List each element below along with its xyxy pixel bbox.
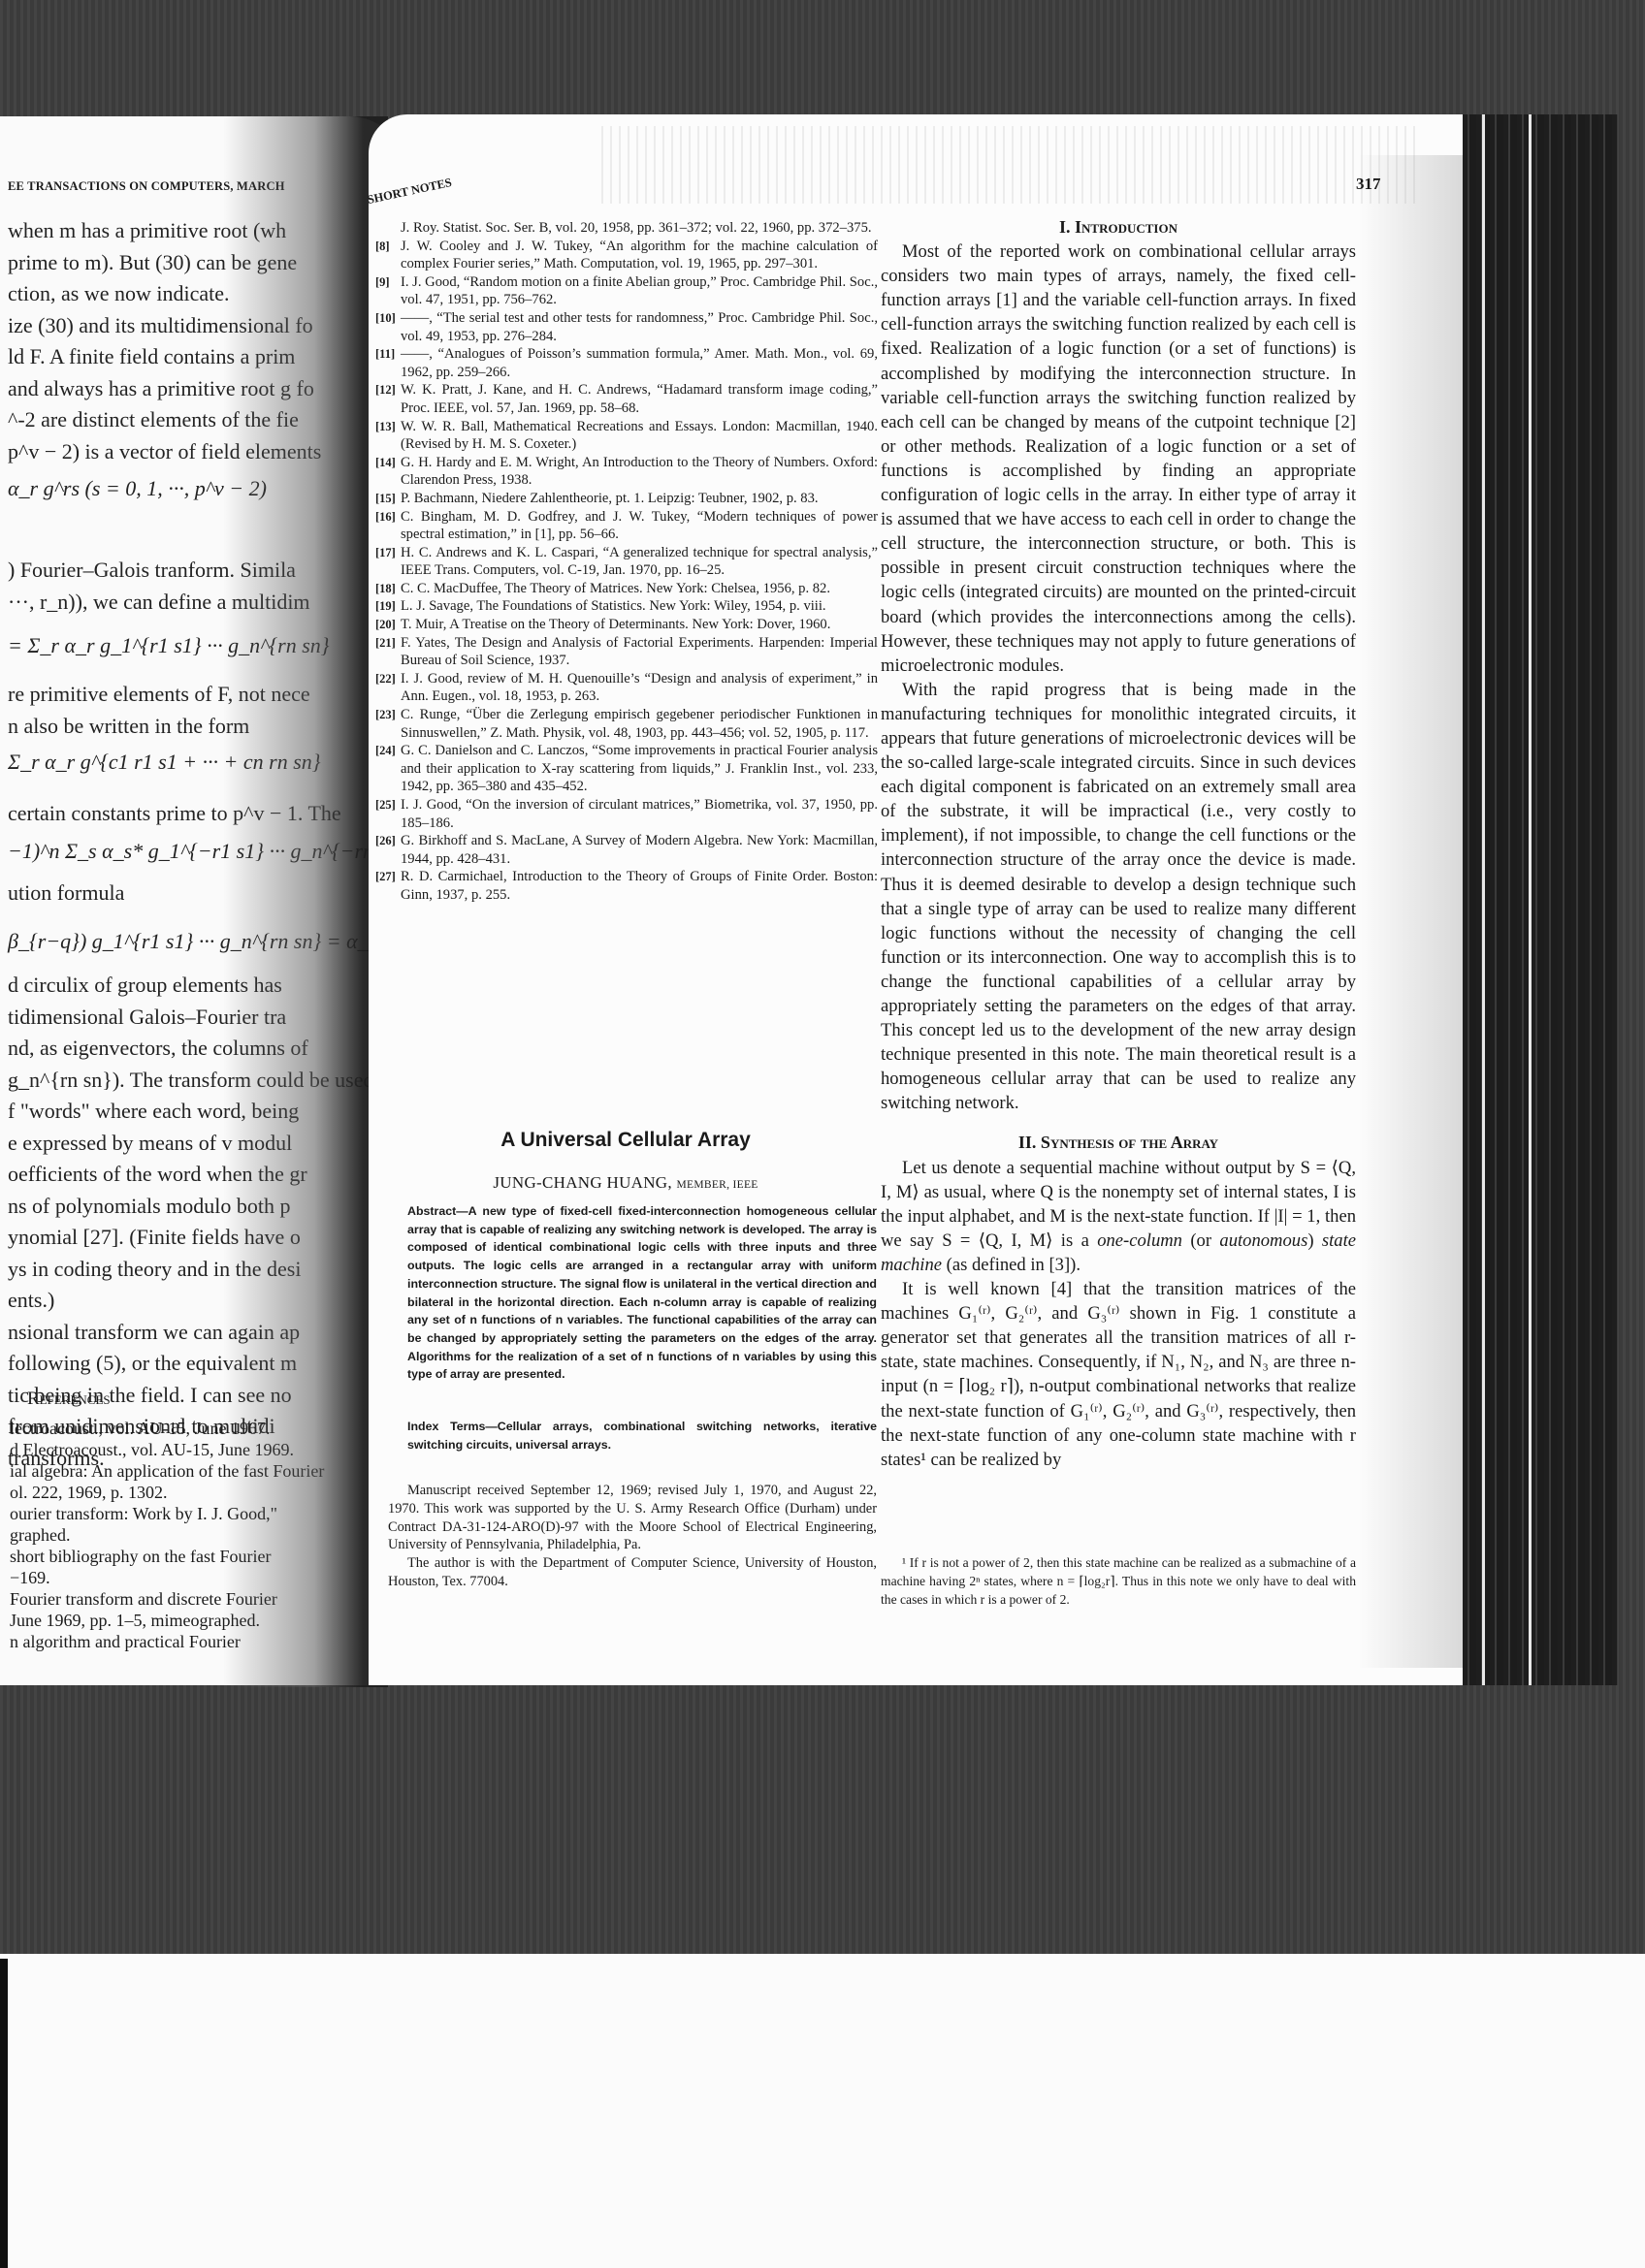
reference-line: −169. [10,1567,324,1588]
reference-item: [11]——, “Analogues of Poisson’s summatio… [375,345,878,381]
text-line: ynomial [27]. (Finite fields have o [8,1222,397,1254]
reference-line: June 1969, pp. 1–5, mimeographed. [10,1610,324,1631]
reference-item: [24]G. C. Danielson and C. Lanczos, “Som… [375,742,878,796]
section-heading-synthesis: II. Synthesis of the Array [881,1131,1356,1155]
manuscript-note: Manuscript received September 12, 1969; … [388,1482,877,1591]
left-running-head: EE TRANSACTIONS ON COMPUTERS, MARCH [8,179,285,194]
text-line: and always has a primitive root g fo [8,373,321,405]
reference-line: Fourier transform and discrete Fourier [10,1588,324,1610]
reference-item: [22]I. J. Good, review of M. H. Quenouil… [375,670,878,706]
article-title: A Universal Cellular Array [369,1129,883,1152]
text-line: when m has a primitive root (wh [8,215,321,247]
text-line: tidimensional Galois–Fourier tra [8,1002,397,1034]
scanner-edge-strip [0,1959,8,2268]
text-line: ution formula [8,878,124,910]
reference-item: [26]G. Birkhoff and S. MacLane, A Survey… [375,832,878,868]
text-line: nd, as eigenvectors, the columns of [8,1033,397,1065]
reference-item: [10]——, “The serial test and other tests… [375,309,878,345]
text-line: ^-2 are distinct elements of the fie [8,404,321,436]
reference-item: [16]C. Bingham, M. D. Godfrey, and J. W.… [375,508,878,544]
scanner-bed-margin [0,1954,1645,2268]
manuscript-received: Manuscript received September 12, 1969; … [388,1482,877,1554]
text-line: d circulix of group elements has [8,970,397,1002]
reference-item: [19]L. J. Savage, The Foundations of Sta… [375,597,878,616]
left-references-list: lectroacoust., vol. AU-15, June 1967. d … [10,1418,324,1652]
reference-item: [21]F. Yates, The Design and Analysis of… [375,634,878,670]
reference-line: ourier transform: Work by I. J. Good," [10,1503,324,1524]
index-terms-text: Index Terms—Cellular arrays, combination… [388,1418,877,1454]
reference-item: [18]C. C. MacDuffee, The Theory of Matri… [375,580,878,598]
scan-noise [601,126,1416,204]
reference-line: n algorithm and practical Fourier [10,1631,324,1652]
footnote: ¹ If r is not a power of 2, then this st… [881,1554,1356,1609]
text-line: prime to m). But (30) can be gene [8,247,321,279]
reference-item: [27]R. D. Carmichael, Introduction to th… [375,868,878,904]
left-page-text-block-2: ) Fourier–Galois tranform. Simila ···, r… [8,555,310,618]
reference-item: [25]I. J. Good, “On the inversion of cir… [375,796,878,832]
reference-line: graphed. [10,1524,324,1546]
page-edge-line [1482,114,1485,1685]
reference-item: [12]W. K. Pratt, J. Kane, and H. C. Andr… [375,381,878,417]
text-line: ) Fourier–Galois tranform. Simila [8,555,310,587]
page-number: 317 [1356,175,1381,194]
footnote-text: ¹ If r is not a power of 2, then this st… [881,1554,1356,1609]
article-author: JUNG-CHANG HUANG, MEMBER, IEEE [369,1173,883,1193]
text-line: re primitive elements of F, not nece [8,679,310,711]
text-line: e expressed by means of v modul [8,1128,397,1160]
text-line: ns of polynomials modulo both p [8,1191,397,1223]
reference-item: [8]J. W. Cooley and J. W. Tukey, “An alg… [375,238,878,273]
text-line: g_n^{rn sn}). The transform could be use… [8,1065,397,1097]
reference-item: [9]I. J. Good, “Random motion on a finit… [375,273,878,309]
page-edge-line [1529,114,1532,1685]
left-page-text-block-1: when m has a primitive root (wh prime to… [8,215,321,467]
text-line: ys in coding theory and in the desi [8,1254,397,1286]
reference-item: J. Roy. Statist. Soc. Ser. B, vol. 20, 1… [375,219,878,238]
equation: = Σ_r α_r g_1^{r1 s1} ··· g_n^{rn sn} [8,630,330,662]
text-line: nsional transform we can again ap [8,1317,397,1349]
reference-item: [17]H. C. Andrews and K. L. Caspari, “A … [375,544,878,580]
reference-line: d Electroacoust., vol. AU-15, June 1969. [10,1439,324,1460]
author-name: JUNG-CHANG HUANG, [493,1173,672,1192]
text-line: oefficients of the word when the gr [8,1159,397,1191]
text-line: ···, r_n)), we can define a multidim [8,587,310,619]
text-line: certain constants prime to p^v − 1. The [8,798,341,830]
paragraph: Most of the reported work on combination… [881,240,1356,678]
equation: α_r g^rs (s = 0, 1, ···, p^v − 2) [8,473,267,505]
abstract-text: Abstract—A new type of fixed-cell fixed-… [388,1202,877,1384]
paragraph: It is well known [4] that the transition… [881,1277,1356,1472]
reference-line: short bibliography on the fast Fourier [10,1546,324,1567]
references-heading: References [27,1389,111,1410]
paragraph: Let us denote a sequential machine witho… [881,1156,1356,1277]
equation: Σ_r α_r g^{c1 r1 s1 + ··· + cn rn sn} [8,747,321,779]
text-line: f "words" where each word, being [8,1096,397,1128]
reference-item: [15]P. Bachmann, Niedere Zahlentheorie, … [375,490,878,508]
section-heading-introduction: I. Introduction [881,215,1356,240]
author-note: The author is with the Department of Com… [388,1554,877,1591]
reference-item: [13]W. W. R. Ball, Mathematical Recreati… [375,418,878,454]
reference-line: lectroacoust., vol. AU-15, June 1967. [10,1418,324,1439]
page-stack-edge [1463,114,1618,1685]
reference-item: [14]G. H. Hardy and E. M. Wright, An Int… [375,454,878,490]
reference-item: [23]C. Runge, “Über die Zerlegung empiri… [375,706,878,742]
page-edge-shadow [1358,155,1465,1668]
references-list: J. Roy. Statist. Soc. Ser. B, vol. 20, 1… [375,219,878,905]
text-line: p^v − 2) is a vector of field elements [8,436,321,468]
paragraph: With the rapid progress that is being ma… [881,678,1356,1116]
text-line: n also be written in the form [8,711,310,743]
text-line: ents.) [8,1285,397,1317]
reference-line: ol. 222, 1969, p. 1302. [10,1482,324,1503]
text-line: ize (30) and its multidimensional fo [8,310,321,342]
text-line: ction, as we now indicate. [8,278,321,310]
author-affiliation: MEMBER, IEEE [677,1179,758,1191]
equation: −1)^n Σ_s α_s* g_1^{−r1 s1} ··· g_n^{−rn… [8,836,406,868]
text-line: ld F. A finite field contains a prim [8,341,321,373]
left-page-text-block-3: re primitive elements of F, not nece n a… [8,679,310,742]
reference-line: ial algebra: An application of the fast … [10,1460,324,1482]
index-terms: Index Terms—Cellular arrays, combination… [388,1418,877,1454]
text-line: following (5), or the equivalent m [8,1348,397,1380]
article-body: I. Introduction Most of the reported wor… [881,215,1356,1472]
reference-item: [20]T. Muir, A Treatise on the Theory of… [375,616,878,634]
abstract: Abstract—A new type of fixed-cell fixed-… [388,1202,877,1384]
